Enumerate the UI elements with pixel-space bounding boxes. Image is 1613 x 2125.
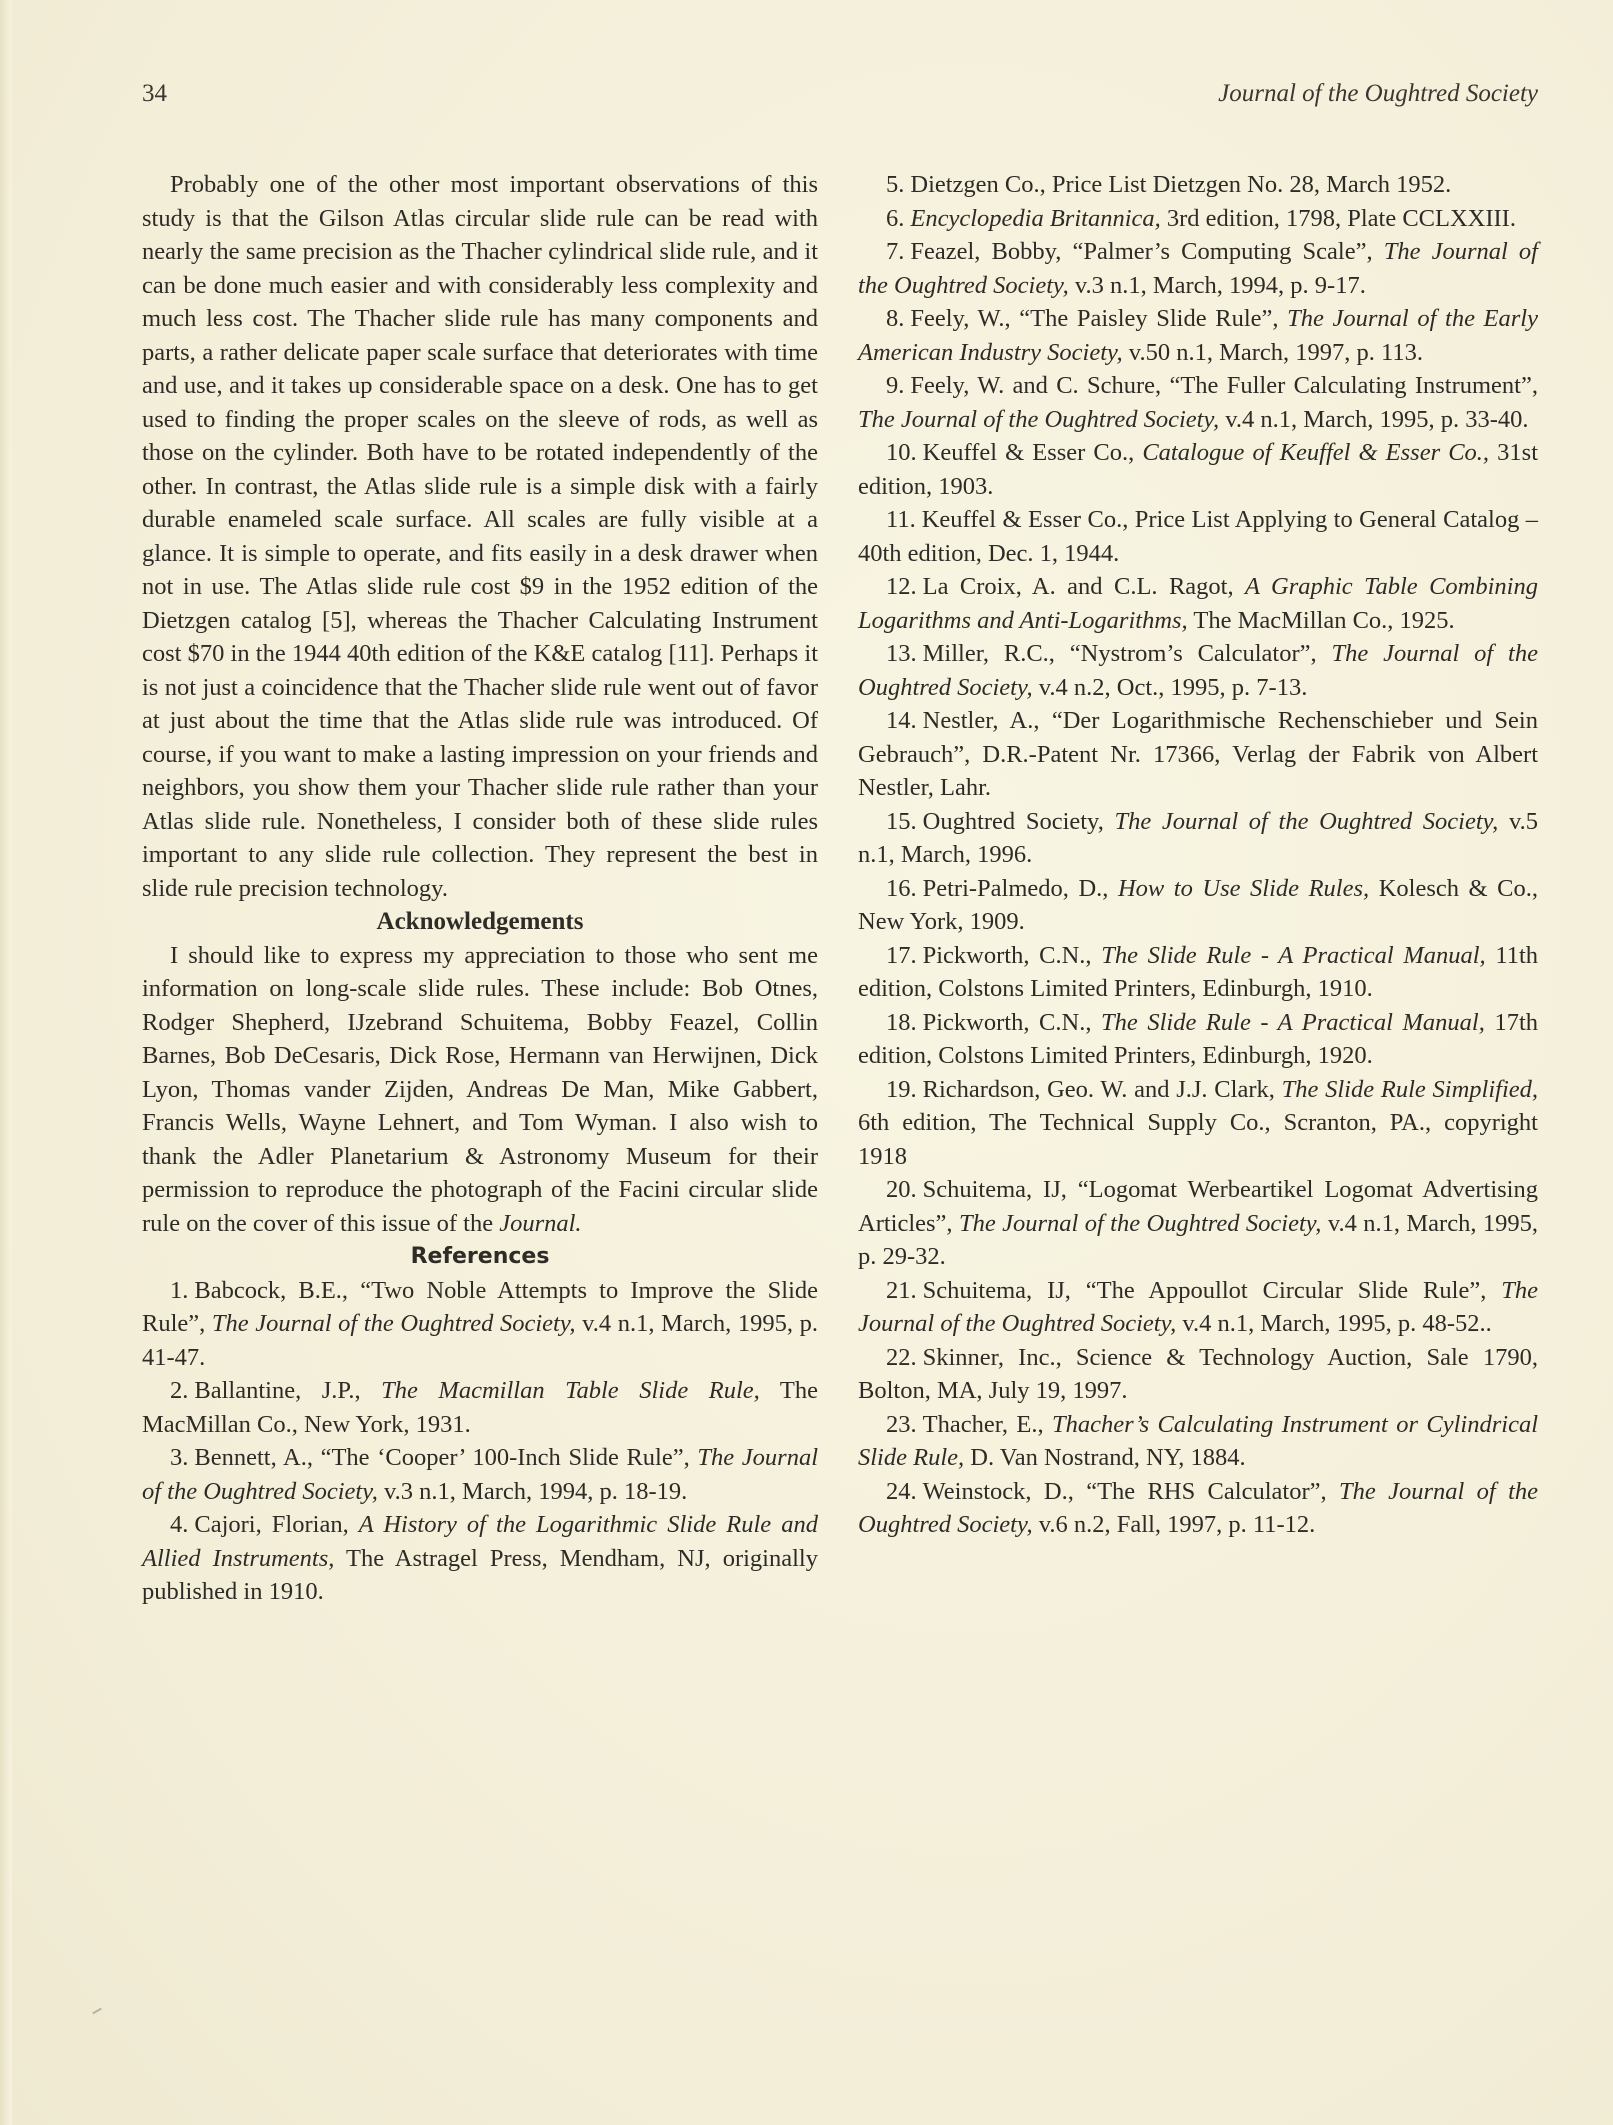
reference-number: 21.	[886, 1277, 917, 1304]
reference-item: 17.Pickworth, C.N., The Slide Rule - A P…	[858, 939, 1538, 1006]
reference-item: 11.Keuffel & Esser Co., Price List Apply…	[858, 503, 1538, 570]
reference-details: 6th edition, The Technical Supply Co., S…	[858, 1109, 1538, 1170]
reference-number: 22.	[886, 1344, 917, 1371]
reference-details: 3rd edition, 1798, Plate CCLXXIII.	[1161, 205, 1516, 232]
reference-details: v.3 n.1, March, 1994, p. 18-19.	[378, 1478, 687, 1505]
reference-item: 9.Feely, W. and C. Schure, “The Fuller C…	[858, 369, 1538, 436]
reference-text: Cajori, Florian,	[194, 1511, 358, 1538]
reference-item: 10.Keuffel & Esser Co., Catalogue of Keu…	[858, 436, 1538, 503]
reference-item: 21.Schuitema, IJ, “The Appoullot Circula…	[858, 1274, 1538, 1341]
acknowledgements-text: I should like to express my appreciation…	[142, 942, 818, 1237]
reference-details: v.6 n.2, Fall, 1997, p. 11-12.	[1033, 1511, 1316, 1538]
reference-title-italic: The Journal of the Oughtred Society,	[858, 406, 1219, 433]
reference-number: 13.	[886, 640, 917, 667]
paper-smudge	[92, 2008, 102, 2015]
left-column: Probably one of the other most important…	[142, 168, 818, 1609]
reference-title-italic: The Journal of the Oughtred Society,	[1115, 808, 1499, 835]
reference-details: v.4 n.1, March, 1995, p. 48-52..	[1176, 1310, 1492, 1337]
reference-details: D. Van Nostrand, NY, 1884.	[964, 1444, 1246, 1471]
running-head: 34 Journal of the Oughtred Society	[142, 80, 1538, 112]
reference-text: Feely, W., “The Paisley Slide Rule”,	[910, 305, 1287, 332]
reference-text: Schuitema, IJ, “The Appoullot Circular S…	[923, 1277, 1502, 1304]
reference-item: 5.Dietzgen Co., Price List Dietzgen No. …	[858, 168, 1538, 202]
reference-item: 14.Nestler, A., “Der Logarithmische Rech…	[858, 704, 1538, 805]
reference-text: Skinner, Inc., Science & Technology Auct…	[858, 1344, 1538, 1405]
acknowledgements-journal-word: Journal.	[499, 1210, 581, 1237]
reference-number: 17.	[886, 942, 917, 969]
reference-number: 10.	[886, 439, 917, 466]
reference-text: Bennett, A., “The ‘Cooper’ 100-Inch Slid…	[194, 1444, 697, 1471]
reference-text: Oughtred Society,	[923, 808, 1115, 835]
reference-item: 4.Cajori, Florian, A History of the Loga…	[142, 1508, 818, 1609]
reference-number: 11.	[886, 506, 916, 533]
reference-number: 2.	[170, 1377, 188, 1404]
reference-details: v.4 n.1, March, 1995, p. 33-40.	[1219, 406, 1528, 433]
reference-title-italic: The Journal of the Oughtred Society,	[959, 1210, 1321, 1237]
journal-title: Journal of the Oughtred Society	[1218, 80, 1538, 108]
reference-text: Pickworth, C.N.,	[923, 1009, 1101, 1036]
reference-number: 4.	[170, 1511, 188, 1538]
reference-number: 20.	[886, 1176, 917, 1203]
page-binding-edge	[0, 0, 12, 2125]
reference-item: 22.Skinner, Inc., Science & Technology A…	[858, 1341, 1538, 1408]
reference-text: Feazel, Bobby, “Palmer’s Computing Scale…	[910, 238, 1383, 265]
reference-text: Feely, W. and C. Schure, “The Fuller Cal…	[910, 372, 1538, 399]
reference-number: 19.	[886, 1076, 917, 1103]
reference-title-italic: The Slide Rule - A Practical Manual,	[1101, 942, 1485, 969]
page-number: 34	[142, 80, 167, 108]
acknowledgements-heading: Acknowledgements	[142, 905, 818, 939]
reference-item: 6.Encyclopedia Britannica, 3rd edition, …	[858, 202, 1538, 236]
reference-number: 6.	[886, 205, 904, 232]
reference-item: 7.Feazel, Bobby, “Palmer’s Computing Sca…	[858, 235, 1538, 302]
reference-text: Ballantine, J.P.,	[194, 1377, 381, 1404]
reference-number: 9.	[886, 372, 904, 399]
reference-details: The MacMillan Co., 1925.	[1188, 607, 1455, 634]
reference-item: 23.Thacher, E., Thacher’s Calculating In…	[858, 1408, 1538, 1475]
reference-number: 23.	[886, 1411, 917, 1438]
reference-details: v.50 n.1, March, 1997, p. 113.	[1123, 339, 1423, 366]
reference-item: 12.La Croix, A. and C.L. Ragot, A Graphi…	[858, 570, 1538, 637]
reference-item: 1.Babcock, B.E., “Two Noble Attempts to …	[142, 1274, 818, 1375]
conclusion-paragraph: Probably one of the other most important…	[142, 168, 818, 905]
reference-item: 15.Oughtred Society, The Journal of the …	[858, 805, 1538, 872]
reference-details: v.3 n.1, March, 1994, p. 9-17.	[1069, 272, 1366, 299]
reference-text: Thacher, E.,	[923, 1411, 1052, 1438]
reference-item: 2.Ballantine, J.P., The Macmillan Table …	[142, 1374, 818, 1441]
reference-number: 14.	[886, 707, 917, 734]
reference-details: v.4 n.2, Oct., 1995, p. 7-13.	[1033, 674, 1308, 701]
acknowledgements-paragraph: I should like to express my appreciation…	[142, 939, 818, 1241]
references-heading: References	[142, 1240, 818, 1274]
reference-text: Keuffel & Esser Co., Price List Applying…	[858, 506, 1538, 567]
reference-item: 24.Weinstock, D., “The RHS Calculator”, …	[858, 1475, 1538, 1542]
reference-number: 15.	[886, 808, 917, 835]
reference-text: Pickworth, C.N.,	[923, 942, 1102, 969]
reference-list-right: 5.Dietzgen Co., Price List Dietzgen No. …	[858, 168, 1538, 1542]
reference-number: 3.	[170, 1444, 188, 1471]
reference-item: 16.Petri-Palmedo, D., How to Use Slide R…	[858, 872, 1538, 939]
reference-list-left: 1.Babcock, B.E., “Two Noble Attempts to …	[142, 1274, 818, 1609]
reference-item: 19.Richardson, Geo. W. and J.J. Clark, T…	[858, 1073, 1538, 1174]
reference-number: 16.	[886, 875, 917, 902]
reference-number: 5.	[886, 171, 904, 198]
reference-number: 7.	[886, 238, 904, 265]
reference-text: Petri-Palmedo, D.,	[923, 875, 1118, 902]
reference-title-italic: How to Use Slide Rules,	[1118, 875, 1369, 902]
reference-text: Keuffel & Esser Co.,	[923, 439, 1143, 466]
reference-title-italic: The Slide Rule - A Practical Manual,	[1101, 1009, 1485, 1036]
reference-title-italic: The Slide Rule Simplified,	[1282, 1076, 1538, 1103]
reference-number: 24.	[886, 1478, 917, 1505]
reference-title-italic: Catalogue of Keuffel & Esser Co.,	[1142, 439, 1489, 466]
reference-title-italic: The Macmillan Table Slide Rule,	[381, 1377, 760, 1404]
reference-item: 3.Bennett, A., “The ‘Cooper’ 100-Inch Sl…	[142, 1441, 818, 1508]
reference-item: 13.Miller, R.C., “Nystrom’s Calculator”,…	[858, 637, 1538, 704]
reference-number: 18.	[886, 1009, 917, 1036]
reference-text: Dietzgen Co., Price List Dietzgen No. 28…	[910, 171, 1451, 198]
reference-text: La Croix, A. and C.L. Ragot,	[923, 573, 1245, 600]
reference-item: 20.Schuitema, IJ, “Logomat Werbeartikel …	[858, 1173, 1538, 1274]
reference-item: 8.Feely, W., “The Paisley Slide Rule”, T…	[858, 302, 1538, 369]
right-column: 5.Dietzgen Co., Price List Dietzgen No. …	[858, 168, 1538, 1542]
reference-item: 18.Pickworth, C.N., The Slide Rule - A P…	[858, 1006, 1538, 1073]
reference-number: 12.	[886, 573, 917, 600]
reference-title-italic: Encyclopedia Britannica,	[910, 205, 1160, 232]
reference-text: Miller, R.C., “Nystrom’s Calculator”,	[923, 640, 1332, 667]
reference-number: 8.	[886, 305, 904, 332]
reference-number: 1.	[170, 1277, 188, 1304]
reference-title-italic: The Journal of the Oughtred Society,	[212, 1310, 576, 1337]
reference-text: Richardson, Geo. W. and J.J. Clark,	[923, 1076, 1282, 1103]
reference-text: Weinstock, D., “The RHS Calculator”,	[923, 1478, 1339, 1505]
reference-text: Nestler, A., “Der Logarithmische Rechens…	[858, 707, 1538, 801]
